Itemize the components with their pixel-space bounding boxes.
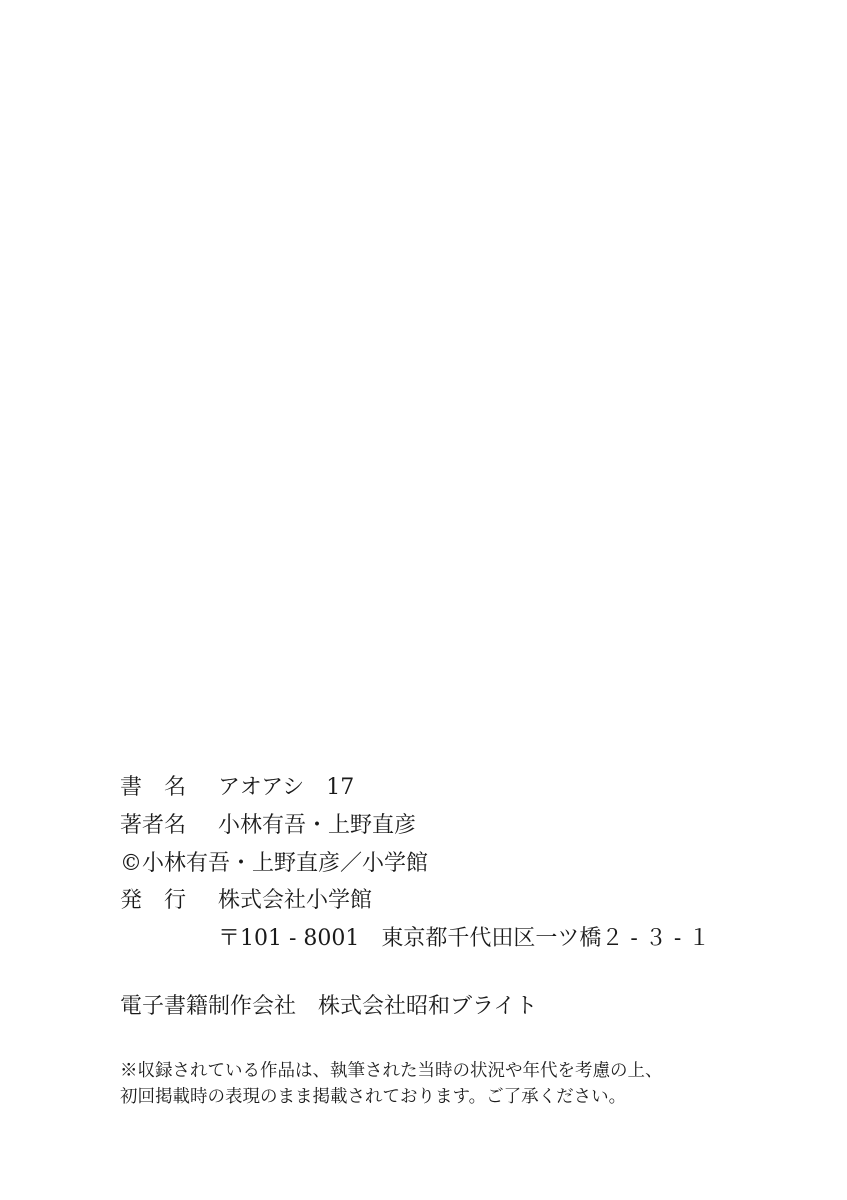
publisher-address: 〒101 - 8001 東京都千代田区一ツ橋２ - ３ - １ (218, 924, 710, 954)
notice-line-2: 初回掲載時の表現のまま掲載されております。ご了承ください。 (120, 1084, 663, 1110)
notice-line-1: ※収録されている作品は、執筆された当時の状況や年代を考慮の上、 (120, 1058, 663, 1084)
publisher-value: 株式会社小学館 (218, 886, 372, 916)
author-label: 著者名 (120, 811, 218, 841)
title-label: 書 名 (120, 773, 218, 803)
address-row: 〒101 - 8001 東京都千代田区一ツ橋２ - ３ - １ (120, 924, 710, 954)
copyright-text: ©小林有吾・上野直彦／小学館 (120, 849, 428, 879)
author-value: 小林有吾・上野直彦 (218, 811, 416, 841)
publisher-row: 発 行株式会社小学館 (120, 886, 372, 916)
ebook-production-text: 電子書籍制作会社 株式会社昭和ブライト (120, 992, 537, 1022)
publisher-label: 発 行 (120, 886, 218, 916)
notice: ※収録されている作品は、執筆された当時の状況や年代を考慮の上、 初回掲載時の表現… (120, 1058, 663, 1110)
title-row: 書 名アオアシ 17 (120, 773, 354, 803)
copyright-row: ©小林有吾・上野直彦／小学館 (120, 849, 428, 879)
title-value: アオアシ 17 (218, 773, 354, 803)
author-row: 著者名小林有吾・上野直彦 (120, 811, 416, 841)
ebook-production-row: 電子書籍制作会社 株式会社昭和ブライト (120, 992, 537, 1022)
